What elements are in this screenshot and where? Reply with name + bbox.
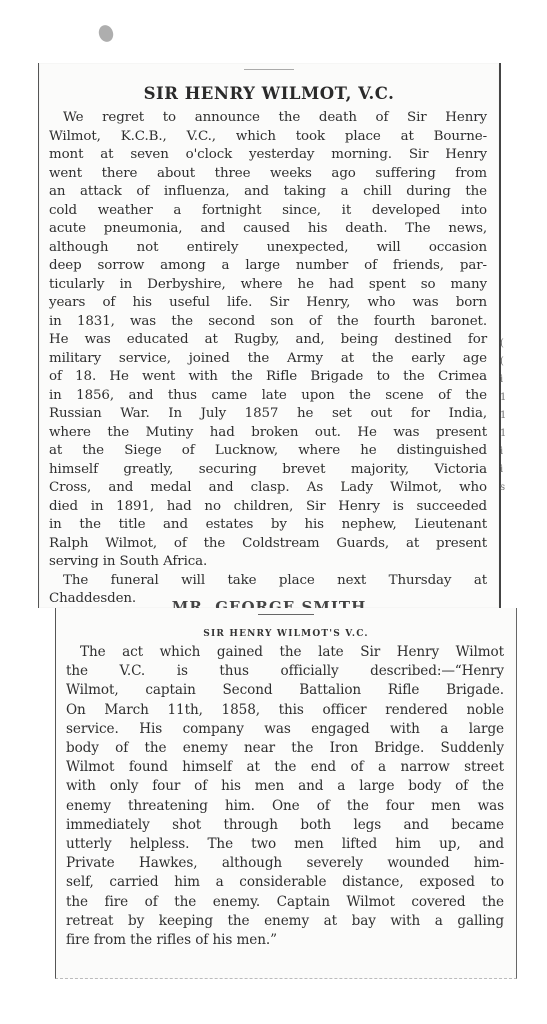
text-line: enemy threatening him. One of the four m… bbox=[66, 797, 504, 816]
text-line: Ralph Wilmot, of the Coldstream Guards, … bbox=[49, 535, 487, 554]
text-line: self, carried him a considerable distanc… bbox=[66, 873, 504, 892]
text-line: Private Hawkes, although severely wounde… bbox=[66, 854, 504, 873]
text-line: Russian War. In July 1857 he set out for… bbox=[49, 405, 487, 424]
margin-char: ( bbox=[500, 353, 510, 371]
obituary-headline: SIR HENRY WILMOT, V.C. bbox=[39, 84, 499, 103]
text-line: the fire of the enemy. Captain Wilmot co… bbox=[66, 893, 504, 912]
text-line: with only four of his men and a large bo… bbox=[66, 777, 504, 796]
text-line: We regret to announce the death of Sir H… bbox=[49, 109, 487, 128]
text-line: acute pneumonia, and caused his death. T… bbox=[49, 220, 487, 239]
text-line: where the Mutiny had broken out. He was … bbox=[49, 424, 487, 443]
section-rule bbox=[258, 614, 314, 615]
text-line: Wilmot, K.C.B., V.C., which took place a… bbox=[49, 128, 487, 147]
text-line: cold weather a fortnight since, it devel… bbox=[49, 202, 487, 221]
ink-blot bbox=[97, 23, 116, 44]
text-line: On March 11th, 1858, this officer render… bbox=[66, 701, 504, 720]
citation-headline: SIR HENRY WILMOT'S V.C. bbox=[56, 629, 516, 639]
text-line: The funeral will take place next Thursda… bbox=[49, 572, 487, 591]
text-line: in the title and estates by his nephew, … bbox=[49, 516, 487, 535]
cut-off-headline: MR. GEORGE SMITH bbox=[39, 598, 499, 608]
text-line: the V.C. is thus officially described:—“… bbox=[66, 662, 504, 681]
clipping-obituary: SIR HENRY WILMOT, V.C. We regret to anno… bbox=[38, 63, 501, 608]
text-line: fire from the rifles of his men.” bbox=[66, 931, 504, 950]
margin-char: s bbox=[500, 479, 510, 497]
margin-char: i bbox=[500, 443, 510, 461]
citation-body: The act which gained the late Sir Henry … bbox=[56, 643, 516, 950]
text-line: although not entirely unexpected, will o… bbox=[49, 239, 487, 258]
text-line: military service, joined the Army at the… bbox=[49, 350, 487, 369]
obituary-body: We regret to announce the death of Sir H… bbox=[39, 109, 499, 608]
text-line: The act which gained the late Sir Henry … bbox=[66, 643, 504, 662]
text-line: He was educated at Rugby, and, being des… bbox=[49, 331, 487, 350]
clipping-vc-citation: SIR HENRY WILMOT'S V.C. The act which ga… bbox=[55, 608, 517, 979]
text-line: deep sorrow among a large number of frie… bbox=[49, 257, 487, 276]
text-line: went there about three weeks ago sufferi… bbox=[49, 165, 487, 184]
margin-char: 1 bbox=[500, 389, 510, 407]
text-line: retreat by keeping the enemy at bay with… bbox=[66, 912, 504, 931]
text-line: serving in South Africa. bbox=[49, 553, 487, 572]
text-line: mont at seven o'clock yesterday morning.… bbox=[49, 146, 487, 165]
margin-char: ( bbox=[500, 335, 510, 353]
margin-char: 1 bbox=[500, 407, 510, 425]
text-line: of 18. He went with the Rifle Brigade to… bbox=[49, 368, 487, 387]
margin-char: i bbox=[500, 461, 510, 479]
text-line: immediately shot through both legs and b… bbox=[66, 816, 504, 835]
text-line: himself greatly, securing brevet majorit… bbox=[49, 461, 487, 480]
text-line: in 1856, and thus came late upon the sce… bbox=[49, 387, 487, 406]
text-line: in 1831, was the second son of the fourt… bbox=[49, 313, 487, 332]
margin-char: i bbox=[500, 371, 510, 389]
text-line: died in 1891, had no children, Sir Henry… bbox=[49, 498, 487, 517]
text-line: utterly helpless. The two men lifted him… bbox=[66, 835, 504, 854]
text-line: Wilmot found himself at the end of a nar… bbox=[66, 758, 504, 777]
text-line: ticularly in Derbyshire, where he had sp… bbox=[49, 276, 487, 295]
text-line: service. His company was engaged with a … bbox=[66, 720, 504, 739]
text-line: Cross, and medal and clasp. As Lady Wilm… bbox=[49, 479, 487, 498]
top-rule bbox=[244, 69, 294, 70]
text-line: at the Siege of Lucknow, where he distin… bbox=[49, 442, 487, 461]
margin-fragments: ( ( i 1 1 1 i i s bbox=[500, 335, 510, 497]
text-line: an attack of influenza, and taking a chi… bbox=[49, 183, 487, 202]
text-line: years of his useful life. Sir Henry, who… bbox=[49, 294, 487, 313]
text-line: Wilmot, captain Second Battalion Rifle B… bbox=[66, 681, 504, 700]
margin-char: 1 bbox=[500, 425, 510, 443]
text-line: body of the enemy near the Iron Bridge. … bbox=[66, 739, 504, 758]
